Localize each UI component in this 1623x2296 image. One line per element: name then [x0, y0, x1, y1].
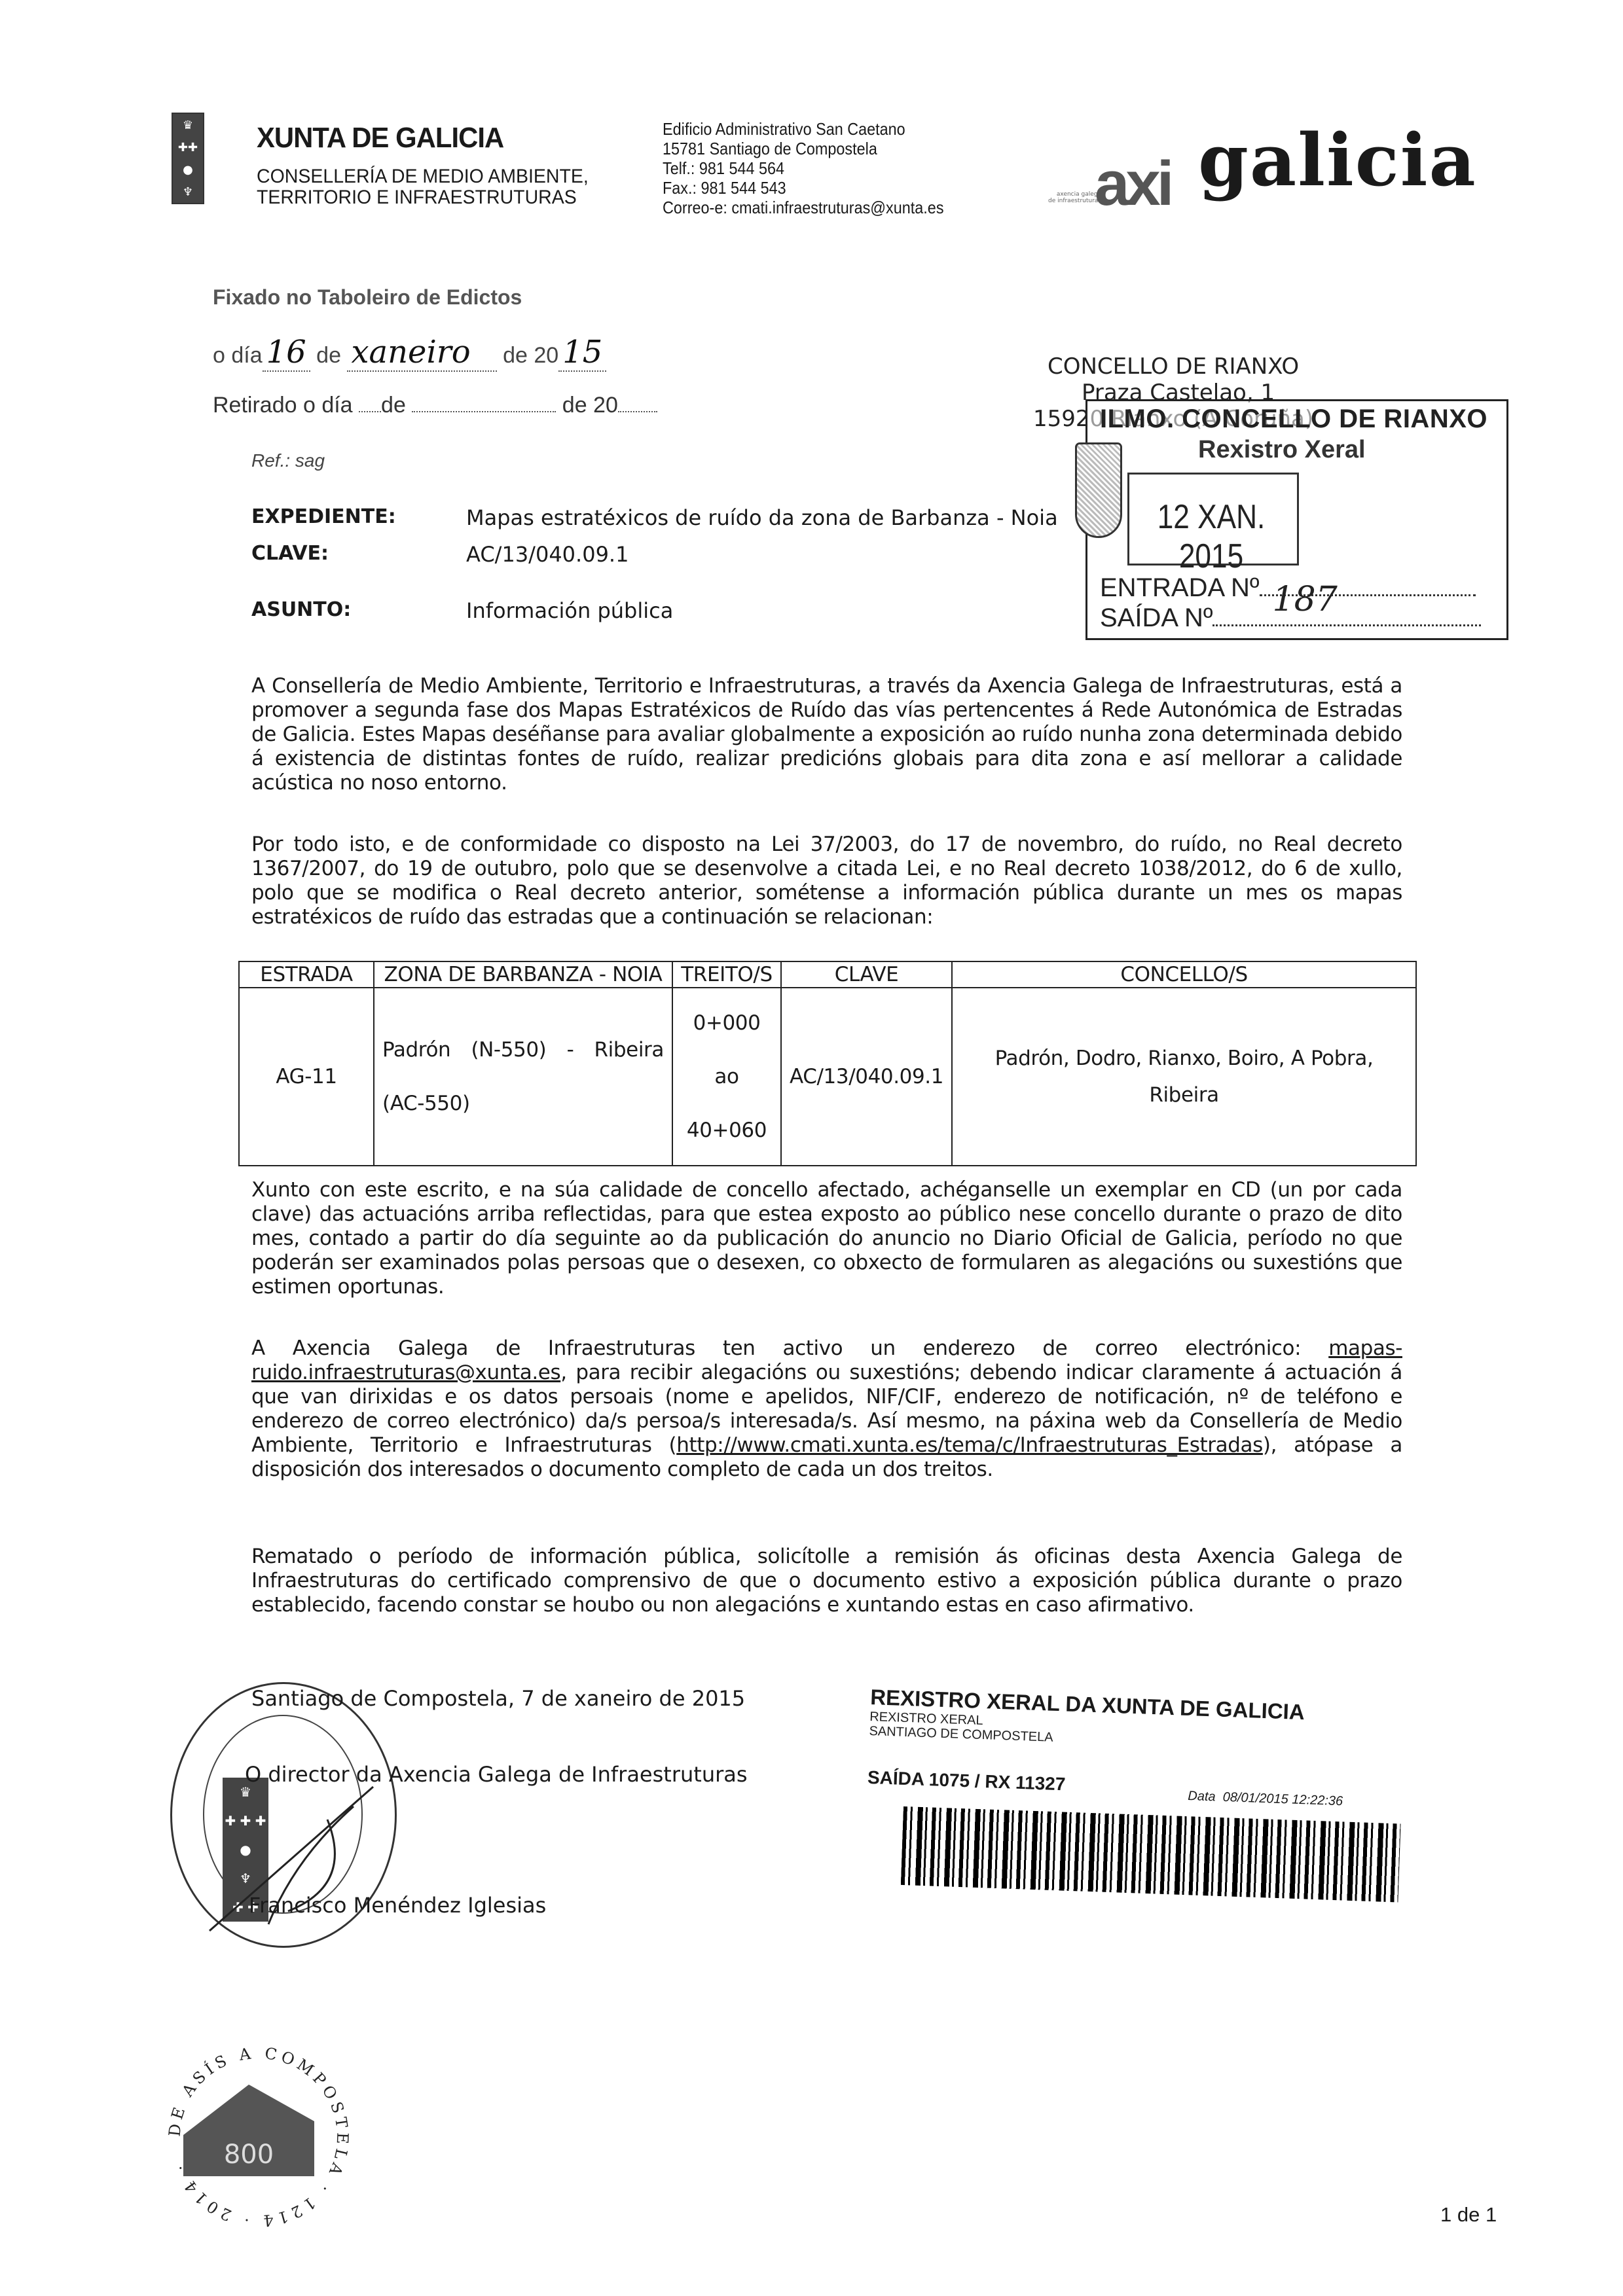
saida-field — [1213, 624, 1481, 626]
entry-date: 12 XAN. 2015 — [1140, 497, 1283, 576]
signatory-name: Francisco Menéndez Iglesias — [249, 1893, 546, 1918]
saida-line: SAÍDA Nº — [1100, 603, 1481, 633]
galicia-logo: galicia — [1198, 124, 1477, 196]
table-row: AG-11 Padrón (N-550) - Ribeira (AC-550) … — [239, 988, 1416, 1166]
galicia-coat-of-arms-icon: ♛✚✚●♆ — [172, 113, 204, 204]
web-link[interactable]: http://www.cmati.xunta.es/tema/c/Infraes… — [676, 1433, 1263, 1457]
col-header: TREITO/S — [672, 961, 781, 988]
paragraph-3: Xunto con este escrito, e na súa calidad… — [251, 1178, 1402, 1299]
department-name: CONSELLERÍA DE MEDIO AMBIENTE, TERRITORI… — [257, 166, 589, 208]
org-name: XUNTA DE GALICIA — [257, 122, 503, 154]
col-header: ZONA DE BARBANZA - NOIA — [374, 961, 672, 988]
paragraph-1: A Consellería de Medio Ambiente, Territo… — [251, 674, 1402, 795]
posting-title: Fixado no Taboleiro de Edictos — [213, 285, 522, 310]
barcode — [901, 1806, 1401, 1902]
table-header-row: ESTRADA ZONA DE BARBANZA - NOIA TREITO/S… — [239, 961, 1416, 988]
roads-table: ESTRADA ZONA DE BARBANZA - NOIA TREITO/S… — [238, 961, 1417, 1166]
address-line: Correo-e: cmati.infraestruturas@xunta.es — [663, 198, 944, 217]
entrada-line: ENTRADA Nº187 — [1100, 573, 1476, 603]
cell-estrada: AG-11 — [239, 988, 374, 1166]
entrada-field: 187 — [1260, 594, 1476, 596]
reference: Ref.: sag — [251, 450, 325, 471]
posted-year-suffix: 15 — [558, 334, 606, 372]
removed-month-blank — [412, 410, 556, 412]
posted-day: 16 — [263, 334, 310, 372]
entry-stamp-subtitle: Rexistro Xeral — [1198, 436, 1366, 464]
sender-address: Edificio Administrativo San Caetano 1578… — [663, 119, 944, 217]
p4-text: A Axencia Galega de Infraestruturas ten … — [251, 1336, 1328, 1360]
place-date: Santiago de Compostela, 7 de xaneiro de … — [251, 1686, 745, 1711]
recipient-line-1: CONCELLO DE RIANXO — [1048, 353, 1313, 380]
registry-stamp: REXISTRO XERAL DA XUNTA DE GALICIA REXIS… — [867, 1685, 1305, 1803]
anniversary-center: 800 — [224, 2140, 274, 2170]
cell-clave: AC/13/040.09.1 — [781, 988, 952, 1166]
removed-date-line: Retirado o día de de 20 — [213, 393, 657, 418]
removed-year-prefix: de 20 — [562, 393, 618, 418]
address-line: Telf.: 981 544 564 — [663, 158, 944, 178]
registry-date-value: 08/01/2015 12:22:36 — [1222, 1790, 1343, 1808]
entry-stamp-title: ILMO. CONCELLO DE RIANXO — [1100, 404, 1487, 434]
cell-concellos: Padrón, Dodro, Rianxo, Boiro, A Pobra, R… — [952, 988, 1416, 1166]
axi-caption: axencia galega de infraestruturas — [1029, 191, 1101, 204]
paragraph-5: Rematado o período de información públic… — [251, 1545, 1402, 1617]
address-line: Edificio Administrativo San Caetano — [663, 119, 944, 139]
expediente-label: EXPEDIENTE: — [251, 505, 396, 528]
posted-month: xaneiro — [347, 334, 496, 372]
department-line-2: TERRITORIO E INFRAESTRUTURAS — [257, 187, 589, 208]
address-line: 15781 Santiago de Compostela — [663, 139, 944, 158]
cell-treito: 0+000 ao 40+060 — [672, 988, 781, 1166]
axi-caption-line-2: de infraestruturas — [1029, 198, 1101, 204]
address-line: Fax.: 981 544 543 — [663, 178, 944, 198]
axi-logo: axi — [1095, 154, 1170, 213]
clave-value: AC/13/040.09.1 — [466, 542, 629, 567]
posted-prefix: o día — [213, 343, 263, 368]
department-line-1: CONSELLERÍA DE MEDIO AMBIENTE, — [257, 166, 589, 187]
page-number: 1 de 1 — [1440, 2203, 1497, 2227]
saida-label: SAÍDA Nº — [1100, 603, 1213, 632]
entrada-label: ENTRADA Nº — [1100, 573, 1260, 602]
signatory-role: O director da Axencia Galega de Infraest… — [245, 1762, 748, 1787]
col-header: ESTRADA — [239, 961, 374, 988]
paragraph-2: Por todo isto, e de conformidade co disp… — [251, 833, 1402, 929]
registry-date-label: Data — [1188, 1789, 1216, 1804]
posted-de: de — [316, 343, 341, 368]
axi-caption-line-1: axencia galega — [1029, 191, 1101, 198]
posted-date-line: o día16 de xaneiro de 2015 — [213, 334, 606, 370]
asunto-label: ASUNTO: — [251, 598, 351, 621]
registry-date: Data 08/01/2015 12:22:36 — [1188, 1789, 1343, 1809]
cell-zona: Padrón (N-550) - Ribeira (AC-550) — [374, 988, 672, 1166]
removed-prefix: Retirado o día — [213, 393, 353, 418]
expediente-value: Mapas estratéxicos de ruído da zona de B… — [466, 505, 1058, 530]
col-header: CLAVE — [781, 961, 952, 988]
col-header: CONCELLO/S — [952, 961, 1416, 988]
clave-label: CLAVE: — [251, 542, 329, 565]
removed-de: de — [381, 393, 406, 418]
removed-day-blank — [359, 410, 381, 412]
asunto-value: Información pública — [466, 598, 673, 623]
rianxo-crest-icon — [1075, 442, 1122, 538]
paragraph-4: A Axencia Galega de Infraestruturas ten … — [251, 1336, 1402, 1482]
removed-year-blank — [618, 410, 657, 412]
posted-year-prefix: de 20 — [503, 343, 558, 368]
